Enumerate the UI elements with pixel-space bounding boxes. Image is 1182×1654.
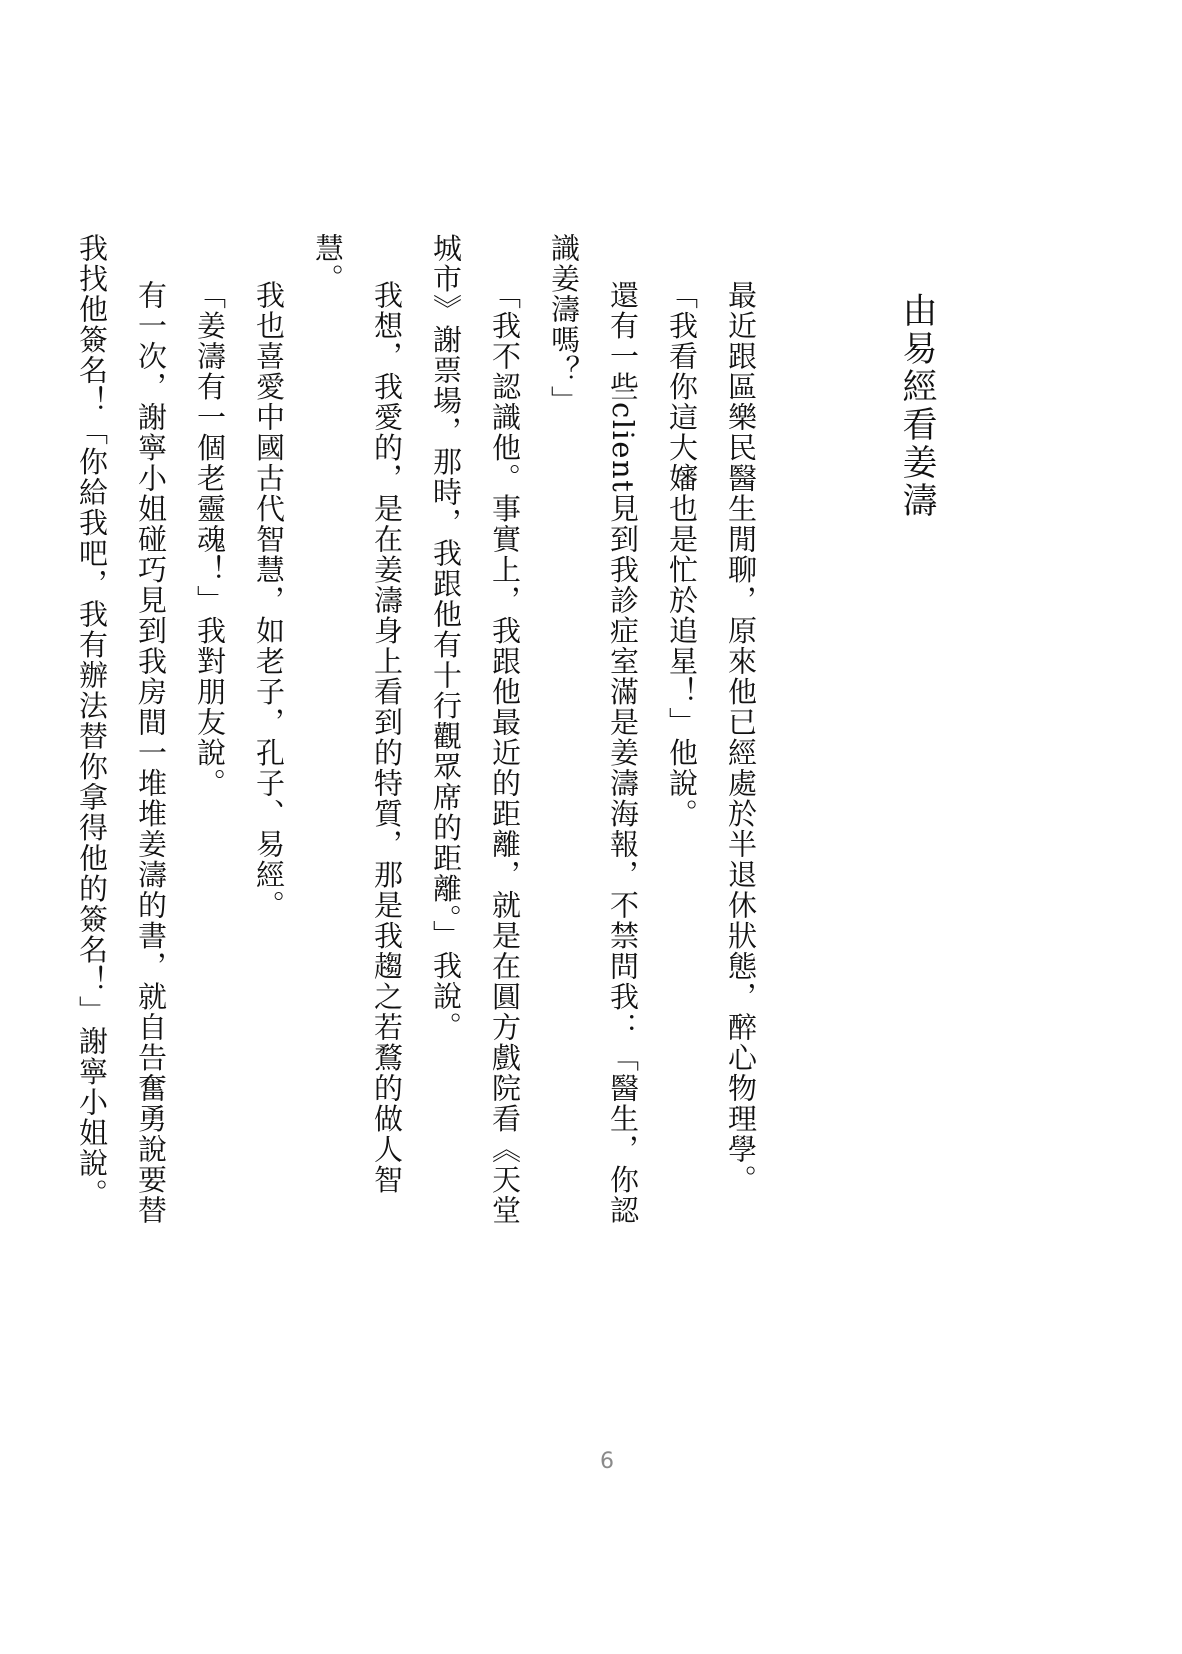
paragraph: 還有一些client見到我診症室滿是姜濤海報，不禁問我：「醫生，你認識姜濤嗎？」 (534, 233, 652, 1239)
paragraph: 我想，我愛的，是在姜濤身上看到的特質，那是我趨之若鶩的做人智慧。 (298, 233, 416, 1239)
paragraph: 有一次，謝寧小姐碰巧見到我房間一堆堆姜濤的書，就自告奮勇說要替我找他簽名！「你給… (62, 233, 180, 1239)
paragraph: 最近跟區樂民醫生閒聊，原來他已經處於半退休狀態，醉心物理學。 (711, 233, 770, 1239)
page-number: 6 (600, 1449, 614, 1474)
page-title: 由易經看姜濤 (892, 292, 942, 520)
paragraph: 「姜濤有一個老靈魂！」我對朋友說。 (180, 233, 239, 1239)
paragraph: 「我不認識他。事實上，我跟他最近的距離，就是在圓方戲院看《天堂城市》謝票場，那時… (416, 233, 534, 1239)
paragraph: 「我看你這大嬸也是忙於追星！」他說。 (652, 233, 711, 1239)
book-page: 由易經看姜濤 最近跟區樂民醫生閒聊，原來他已經處於半退休狀態，醉心物理學。 「我… (0, 0, 1182, 1654)
paragraph: 我也喜愛中國古代智慧，如老子，孔子、易經。 (239, 233, 298, 1239)
body-text: 最近跟區樂民醫生閒聊，原來他已經處於半退休狀態，醉心物理學。 「我看你這大嬸也是… (62, 233, 770, 1239)
